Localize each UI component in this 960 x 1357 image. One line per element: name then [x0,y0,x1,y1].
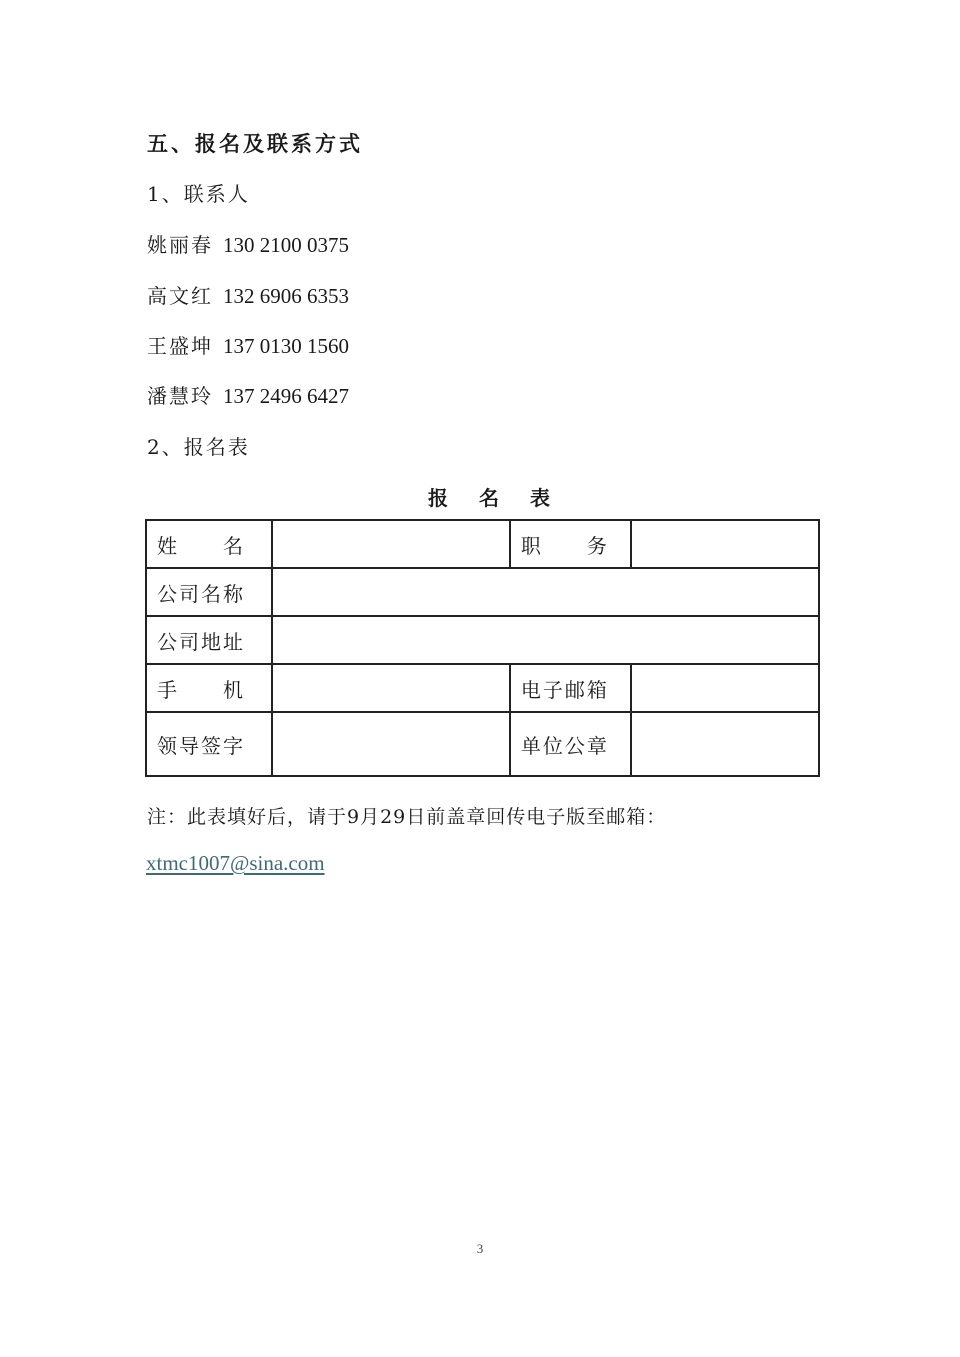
section-heading: 五、报名及联系方式 [147,128,363,158]
label-email: 电子邮箱 [510,664,631,712]
contact-name: 潘慧玲 [147,384,213,408]
label-company-address: 公司地址 [146,616,272,664]
contact-phone: 137 2496 6427 [223,384,349,408]
table-row: 姓名 职务 [146,520,819,568]
form-heading: 2、报名表 [147,431,250,460]
contact-line: 高文红132 6906 6353 [147,280,349,309]
table-row: 手机 电子邮箱 [146,664,819,712]
label-leader-signature: 领导签字 [146,712,272,776]
contact-name: 王盛坤 [147,334,213,358]
contacts-heading: 1、联系人 [147,178,250,207]
contact-line: 王盛坤137 0130 1560 [147,330,349,359]
table-row: 领导签字 单位公章 [146,712,819,776]
label-position: 职务 [510,520,631,568]
contact-phone: 132 6906 6353 [223,284,349,308]
page-number: 3 [0,1241,960,1257]
contact-line: 潘慧玲137 2496 6427 [147,380,349,409]
contact-line: 姚丽春130 2100 0375 [147,229,349,258]
leader-signature-field[interactable] [272,712,510,776]
label-name: 姓名 [146,520,272,568]
contact-phone: 130 2100 0375 [223,233,349,257]
name-field[interactable] [272,520,510,568]
position-field[interactable] [631,520,819,568]
contact-name: 高文红 [147,284,213,308]
contact-phone: 137 0130 1560 [223,334,349,358]
company-seal-field[interactable] [631,712,819,776]
submission-note: 注：此表填好后，请于9月29日前盖章回传电子版至邮箱： [147,802,666,829]
company-address-field[interactable] [272,616,819,664]
registration-form-table: 姓名 职务 公司名称 公司地址 手机 电子邮箱 领导签字 单位公章 [145,519,820,777]
table-row: 公司地址 [146,616,819,664]
label-company-seal: 单位公章 [510,712,631,776]
label-company-name: 公司名称 [146,568,272,616]
contact-name: 姚丽春 [147,233,213,257]
mobile-field[interactable] [272,664,510,712]
label-mobile: 手机 [146,664,272,712]
form-title: 报 名 表 [0,482,960,511]
email-field[interactable] [631,664,819,712]
table-row: 公司名称 [146,568,819,616]
email-link[interactable]: xtmc1007@sina.com [146,851,325,876]
company-name-field[interactable] [272,568,819,616]
